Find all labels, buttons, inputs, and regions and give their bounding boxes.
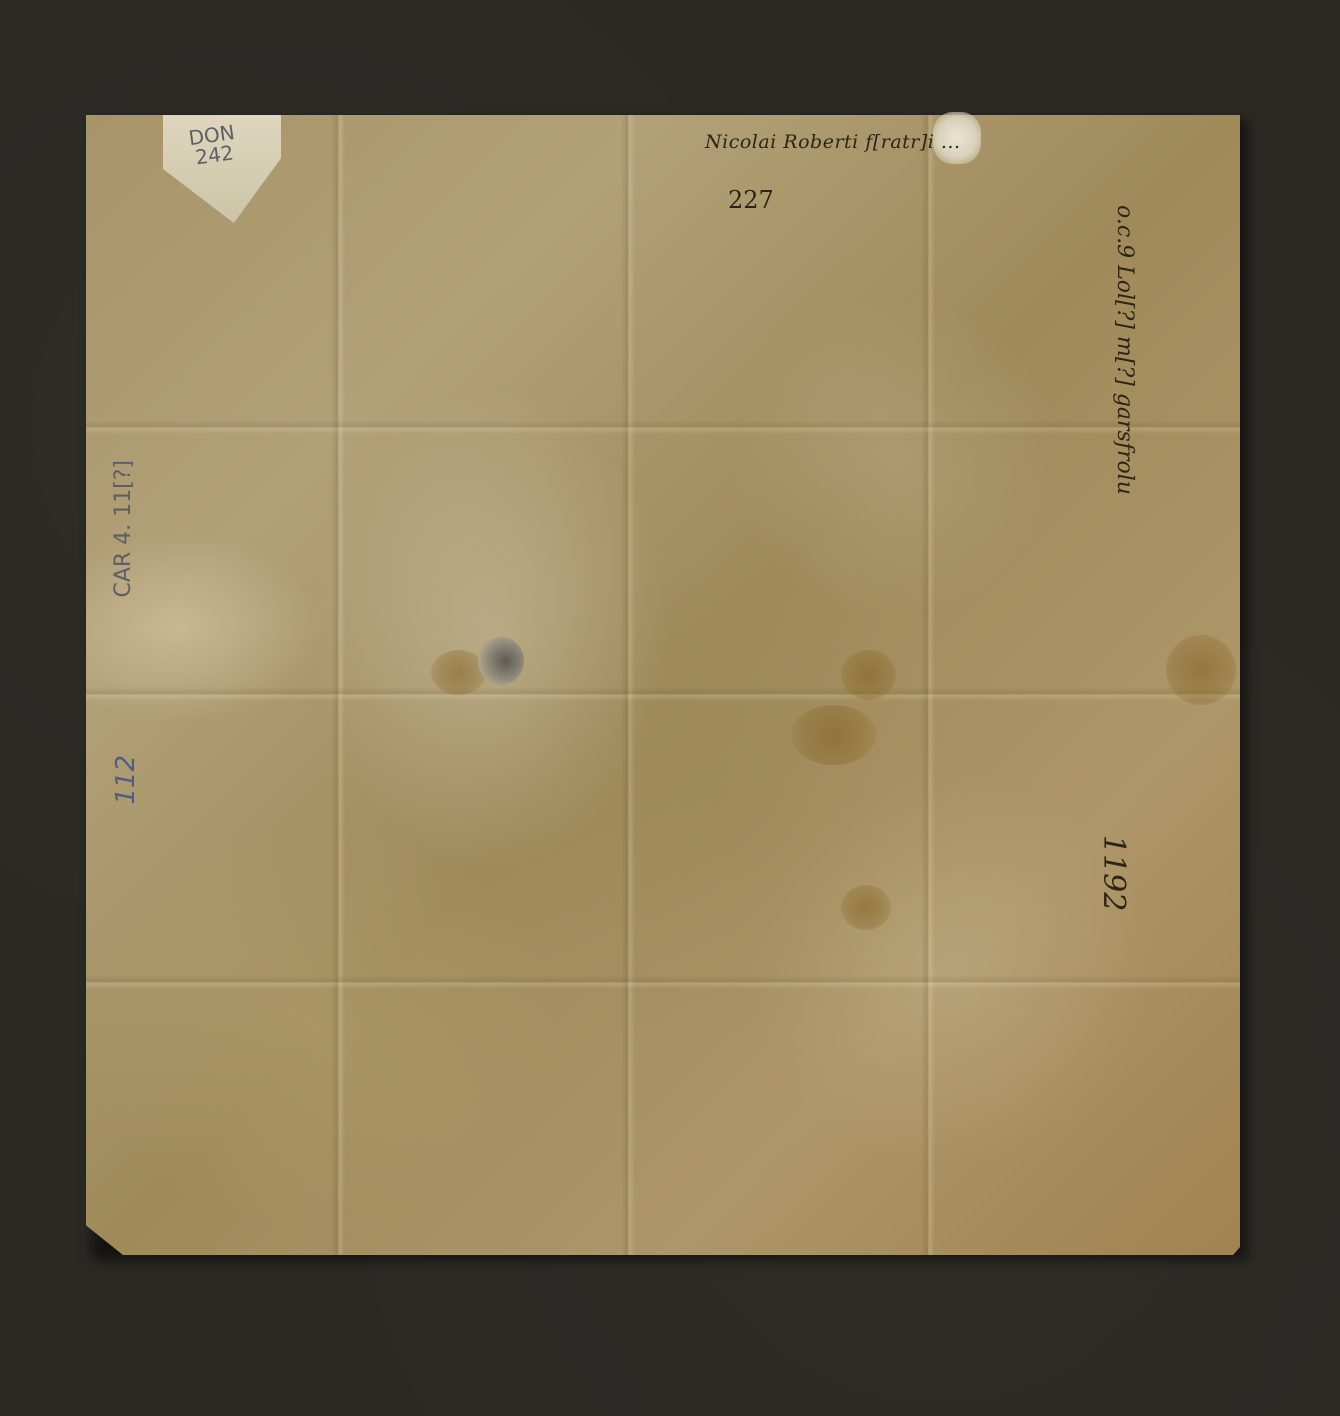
corner-label-text: DON 242 [187, 122, 238, 168]
fold-line [86, 420, 1240, 434]
number-top: 227 [728, 188, 774, 212]
fold-line [621, 115, 635, 1255]
worm-hole [478, 637, 524, 685]
fold-line [331, 115, 345, 1255]
dorsal-title: Nicolai Roberti f[ratr]i ... [705, 133, 961, 152]
left-margin-number: 112 [113, 755, 139, 805]
stain [791, 705, 876, 765]
parchment-sheet [86, 115, 1240, 1255]
right-margin-year: 1192 [1098, 835, 1128, 911]
stain [841, 650, 896, 700]
left-margin-ref: CAR 4. 11[?] [113, 460, 135, 598]
right-margin-text: o.c.9 Lol[?] m[?] garsfrolu [1113, 205, 1135, 495]
fold-line [921, 115, 935, 1255]
stain [1166, 635, 1236, 705]
stain [841, 885, 891, 930]
fold-line [86, 687, 1240, 701]
fold-line [86, 975, 1240, 989]
corner-label-line2: 242 [190, 142, 238, 168]
